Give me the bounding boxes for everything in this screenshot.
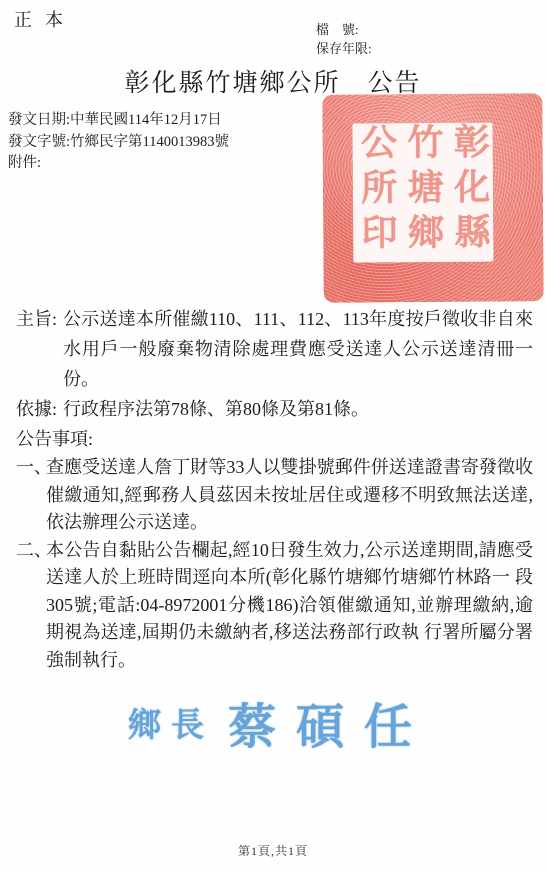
document-body: 主旨: 公示送達本所催繳110、111、112、113年度按戶徵收非自來水用戶一…: [16, 304, 533, 674]
announcement-item-1: 一、 查應受送達人詹丁財等33人以雙掛號郵件併送達證書寄發徵收催繳通知,經郵務人…: [16, 454, 533, 537]
basis-label: 依據:: [16, 394, 57, 424]
archive-info-block: 檔 號: 保存年限:: [316, 20, 372, 58]
signature-title: 鄉長: [128, 699, 214, 746]
retention-period-label: 保存年限:: [316, 39, 372, 58]
seal-inner-panel: 彰化縣竹塘鄉公所印: [352, 123, 493, 263]
signature-name: 蔡碩任: [228, 688, 432, 757]
page-number: 第1頁,共1頁: [238, 844, 308, 858]
doc-number-value: 竹鄉民字第1140013983號: [70, 134, 229, 150]
attachment-label: 附件:: [8, 155, 41, 171]
announcement-item-2: 二、 本公告自黏貼公告欄起,經10日發生效力,公示送達期間,請應受送達人於上班時…: [16, 537, 533, 675]
copy-type-label: 正本: [14, 6, 76, 32]
announcement-document: 正本 檔 號: 保存年限: 彰化縣竹塘鄉公所 公告 發文日期:中華民國114年1…: [0, 0, 546, 873]
mayor-signature-stamp: 鄉長 蔡碩任: [128, 688, 432, 757]
issue-date-label: 發文日期:: [8, 112, 70, 128]
basis-paragraph: 依據: 行政程序法第78條、第80條及第81條。: [16, 394, 533, 424]
document-meta-block: 發文日期:中華民國114年12月17日 發文字號:竹鄉民字第1140013983…: [8, 110, 229, 175]
announcement-items-header: 公告事項:: [16, 424, 533, 454]
subject-paragraph: 主旨: 公示送達本所催繳110、111、112、113年度按戶徵收非自來水用戶一…: [16, 304, 533, 394]
subject-label: 主旨:: [16, 304, 57, 334]
doc-number-row: 發文字號:竹鄉民字第1140013983號: [8, 132, 229, 154]
item-2-text: 本公告自黏貼公告欄起,經10日發生效力,公示送達期間,請應受送達人於上班時間逕向…: [46, 540, 533, 670]
seal-script-text: 彰化縣竹塘鄉公所印: [353, 123, 493, 263]
item-2-number: 二、: [16, 537, 52, 565]
basis-text: 行政程序法第78條、第80條及第81條。: [63, 399, 369, 419]
item-1-text: 查應受送達人詹丁財等33人以雙掛號郵件併送達證書寄發徵收催繳通知,經郵務人員茲因…: [46, 457, 533, 532]
page-footer: 第1頁,共1頁: [0, 842, 546, 859]
subject-text: 公示送達本所催繳110、111、112、113年度按戶徵收非自來水用戶一般廢棄物…: [63, 309, 533, 389]
item-1-number: 一、: [16, 454, 52, 482]
issue-date-value: 中華民國114年12月17日: [70, 112, 222, 128]
official-red-seal: 彰化縣竹塘鄉公所印: [322, 93, 543, 303]
issue-date-row: 發文日期:中華民國114年12月17日: [8, 110, 229, 132]
doc-number-label: 發文字號:: [8, 134, 70, 150]
attachment-row: 附件:: [8, 153, 229, 175]
file-number-label: 檔 號:: [316, 20, 372, 39]
